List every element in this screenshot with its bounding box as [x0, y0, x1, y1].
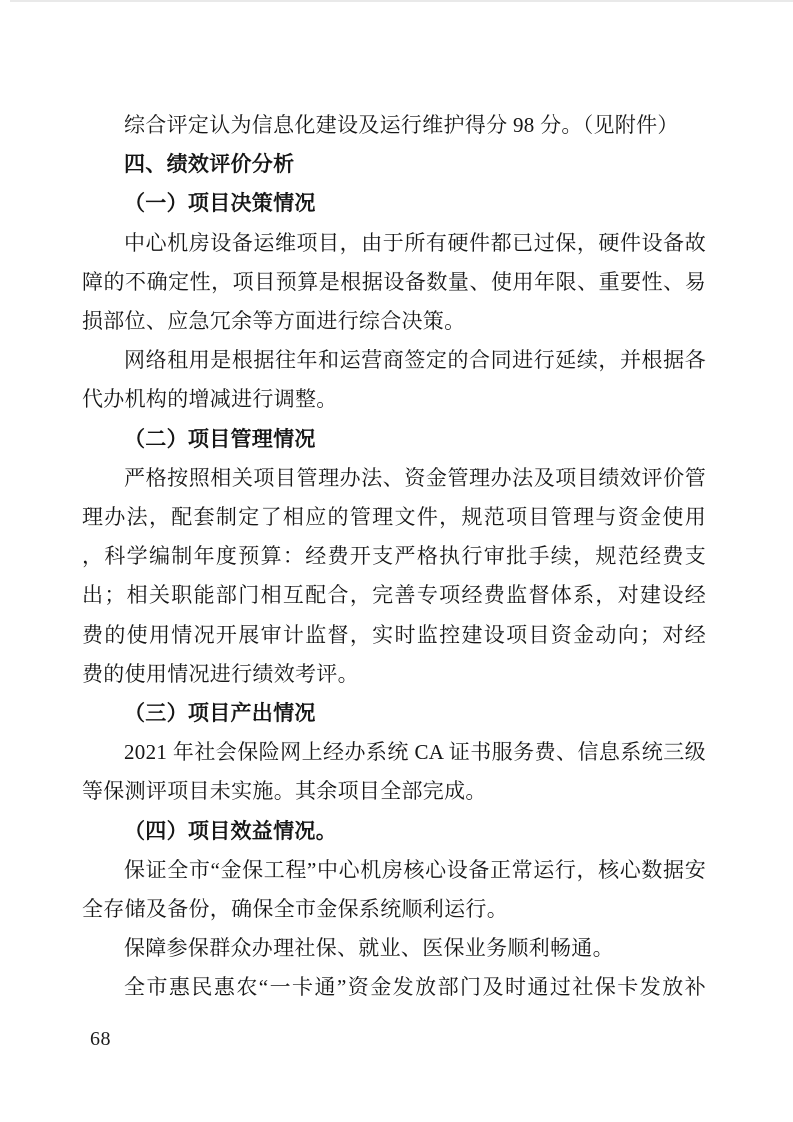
paragraph-line: 全市惠民惠农“一卡通”资金发放部门及时通过社保卡发放补	[82, 968, 706, 1007]
paragraph-line: 中心机房设备运维项目，由于所有硬件都已过保，硬件设备故	[82, 224, 706, 263]
paragraph-line: 严格按照相关项目管理办法、资金管理办法及项目绩效评价管	[82, 459, 706, 498]
paragraph-line: 损部位、应急冗余等方面进行综合决策。	[82, 302, 706, 341]
section-heading: （二）项目管理情况	[82, 420, 706, 459]
paragraph-line: 2021 年社会保险网上经办系统 CA 证书服务费、信息系统三级	[82, 733, 706, 772]
scan-edge-artifact	[10, 0, 793, 2]
paragraph-line: 理办法，配套制定了相应的管理文件，规范项目管理与资金使用	[82, 498, 706, 537]
paragraph-line: 等保测评项目未实施。其余项目全部完成。	[82, 772, 706, 811]
paragraph-line: 费的使用情况进行绩效考评。	[82, 655, 706, 694]
paragraph-line: ，科学编制年度预算：经费开支严格执行审批手续，规范经费支	[82, 537, 706, 576]
paragraph-line: 出；相关职能部门相互配合，完善专项经费监督体系，对建设经	[82, 576, 706, 615]
paragraph-line: 费的使用情况开展审计监督，实时监控建设项目资金动向；对经	[82, 616, 706, 655]
paragraph-line: 保障参保群众办理社保、就业、医保业务顺利畅通。	[82, 929, 706, 968]
section-heading: （四）项目效益情况。	[82, 812, 706, 851]
section-heading: （三）项目产出情况	[82, 694, 706, 733]
document-body: 综合评定认为信息化建设及运行维护得分 98 分。（见附件） 四、绩效评价分析 （…	[82, 106, 706, 1008]
paragraph-line: 保证全市“金保工程”中心机房核心设备正常运行，核心数据安	[82, 851, 706, 890]
page-number: 68	[90, 1024, 111, 1054]
document-page: 综合评定认为信息化建设及运行维护得分 98 分。（见附件） 四、绩效评价分析 （…	[0, 0, 793, 1122]
paragraph-line: 综合评定认为信息化建设及运行维护得分 98 分。（见附件）	[82, 106, 706, 145]
section-heading: 四、绩效评价分析	[82, 145, 706, 184]
paragraph-line: 障的不确定性，项目预算是根据设备数量、使用年限、重要性、易	[82, 263, 706, 302]
section-heading: （一）项目决策情况	[82, 184, 706, 223]
paragraph-line: 代办机构的增减进行调整。	[82, 380, 706, 419]
paragraph-line: 全存储及备份，确保全市金保系统顺利运行。	[82, 890, 706, 929]
paragraph-line: 网络租用是根据往年和运营商签定的合同进行延续，并根据各	[82, 341, 706, 380]
